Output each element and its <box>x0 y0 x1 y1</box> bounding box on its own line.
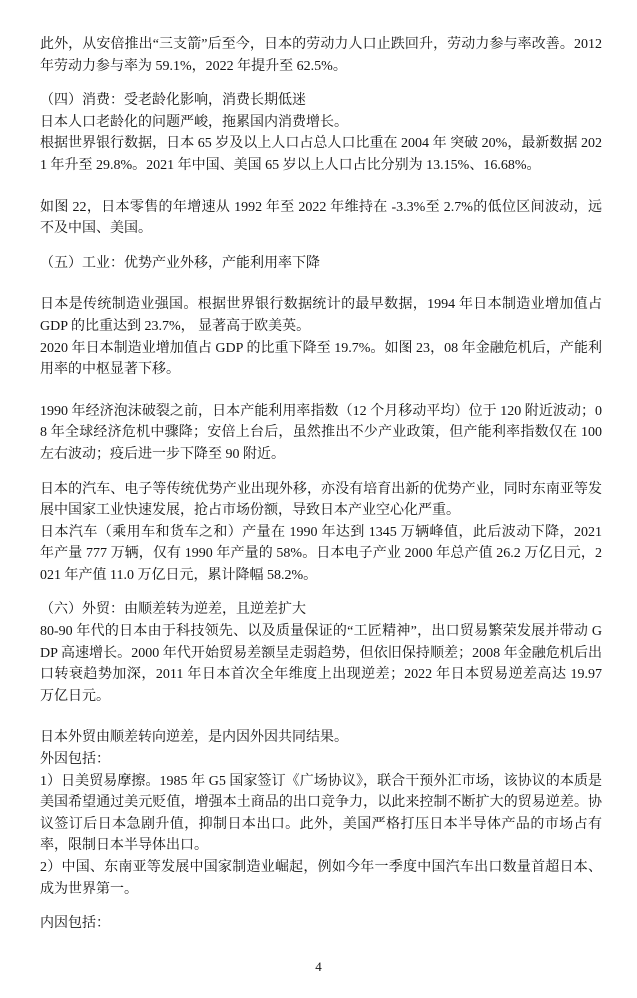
paragraph: 日本的汽车、电子等传统优势产业出现外移，亦没有培育出新的优势产业，同时东南亚等发… <box>40 479 602 522</box>
paragraph: 2）中国、东南亚等发展中国家制造业崛起，例如今年一季度中国汽车出口数量首超日本、… <box>40 857 602 900</box>
page-number: 4 <box>0 958 637 976</box>
paragraph: 外因包括： <box>40 749 602 771</box>
paragraph: 1990 年经济泡沫破裂之前，日本产能利用率指数（12 个月移动平均）位于 12… <box>40 401 602 466</box>
paragraph: 此外，从安倍推出“三支箭”后至今，日本的劳动力人口止跌回升，劳动力参与率改善。2… <box>40 34 602 77</box>
paragraph: 日本是传统制造业强国。根据世界银行数据统计的最早数据，1994 年日本制造业增加… <box>40 294 602 337</box>
paragraph: 80-90 年代的日本由于科技领先、以及质量保证的“工匠精神”，出口贸易繁荣发展… <box>40 621 602 707</box>
paragraph: 日本人口老龄化的问题严峻，拖累国内消费增长。 <box>40 112 602 134</box>
section-heading: （四）消费：受老龄化影响，消费长期低迷 <box>40 90 602 112</box>
section-heading: （六）外贸：由顺差转为逆差，且逆差扩大 <box>40 599 602 621</box>
paragraph: 1）日美贸易摩擦。1985 年 G5 国家签订《广场协议》，联合干预外汇市场，该… <box>40 771 602 857</box>
paragraph: 内因包括： <box>40 913 602 935</box>
paragraph: 如图 22，日本零售的年增速从 1992 年至 2022 年维持在 -3.3%至… <box>40 197 602 240</box>
paragraph: 日本汽车（乘用车和货车之和）产量在 1990 年达到 1345 万辆峰值，此后波… <box>40 522 602 587</box>
page-body: 此外，从安倍推出“三支箭”后至今，日本的劳动力人口止跌回升，劳动力参与率改善。2… <box>40 34 602 935</box>
paragraph: 日本外贸由顺差转向逆差，是内因外因共同结果。 <box>40 727 602 749</box>
paragraph: 2020 年日本制造业增加值占 GDP 的比重下降至 19.7%。如图 23，0… <box>40 338 602 381</box>
section-heading: （五）工业：优势产业外移，产能利用率下降 <box>40 253 602 275</box>
paragraph: 根据世界银行数据，日本 65 岁及以上人口占总人口比重在 2004 年 突破 2… <box>40 133 602 176</box>
document-page: 此外，从安倍推出“三支箭”后至今，日本的劳动力人口止跌回升，劳动力参与率改善。2… <box>0 0 637 998</box>
